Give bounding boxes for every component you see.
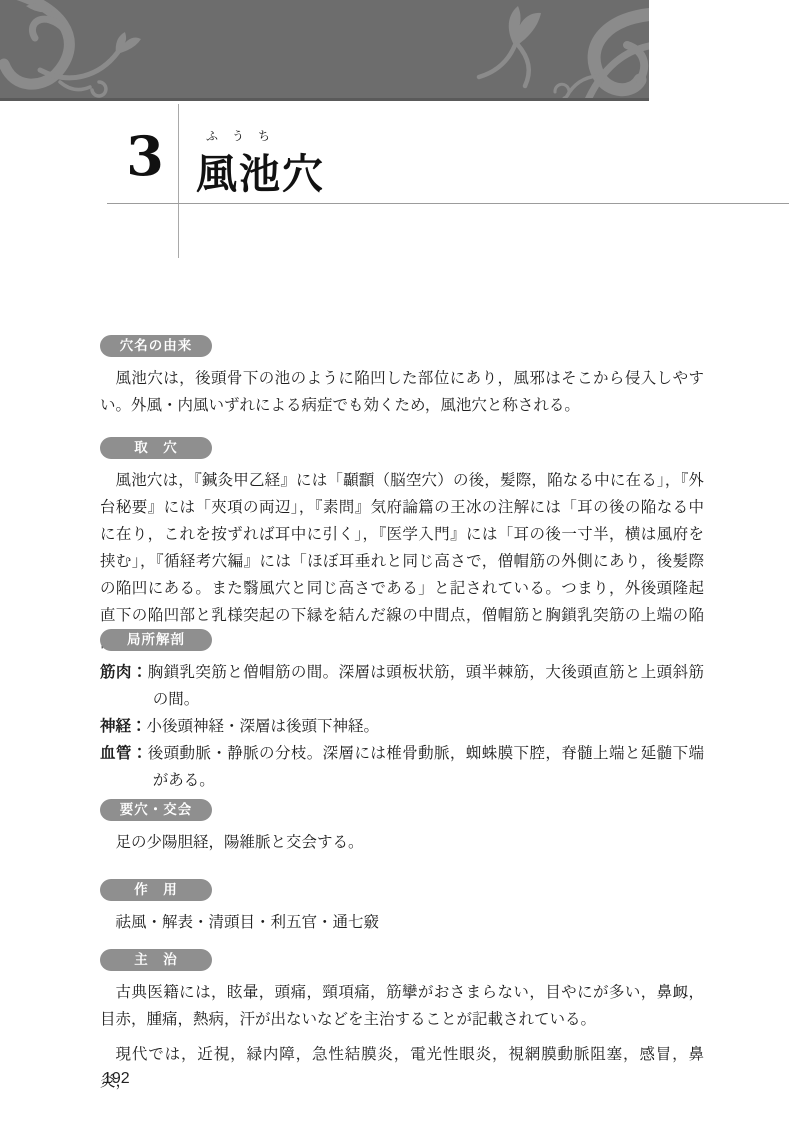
anatomy-text: 胸鎖乳突筋と僧帽筋の間。深層は頭板状筋，頭半棘筋，大後頭直筋と上頭斜筋の間。 (148, 663, 704, 708)
section-local-anatomy: 局所解剖 筋肉：胸鎖乳突筋と僧帽筋の間。深層は頭板状筋，頭半棘筋，大後頭直筋と上… (100, 629, 704, 794)
section-key-point-crossing: 要穴・交会 足の少陽胆経，陽維脈と交会する。 (100, 799, 704, 856)
page-title: 風池穴 (196, 141, 325, 200)
section-badge: 穴名の由来 (100, 335, 212, 357)
section-action: 作 用 祛風・解表・清頭目・利五官・通七竅 (100, 879, 704, 936)
section-badge: 要穴・交会 (100, 799, 212, 821)
anatomy-term: 筋肉： (100, 663, 148, 681)
anatomy-entry: 神経：小後頭神経・深層は後頭下神経。 (100, 713, 704, 740)
section-point-location: 取 穴 風池穴は，『鍼灸甲乙経』には「顳顬（脳空穴）の後，髪際，陥なる中に在る」… (100, 437, 704, 656)
body-paragraph: 祛風・解表・清頭目・利五官・通七竅 (100, 909, 704, 936)
anatomy-entries: 筋肉：胸鎖乳突筋と僧帽筋の間。深層は頭板状筋，頭半棘筋，大後頭直筋と上頭斜筋の間… (100, 659, 704, 794)
section-badge: 取 穴 (100, 437, 212, 459)
body-paragraph: 風池穴は，『鍼灸甲乙経』には「顳顬（脳空穴）の後，髪際，陥なる中に在る」，『外台… (100, 467, 704, 656)
body-paragraph: 現代では，近視，緑内障，急性結膜炎，電光性眼炎，視網膜動脈阻塞，感冒，鼻炎， (100, 1041, 704, 1095)
anatomy-entry: 血管：後頭動脈・静脈の分枝。深層には椎骨動脈，蜘蛛膜下腔，脊髄上端と延髄下端があ… (100, 740, 704, 794)
anatomy-term: 神経： (100, 717, 147, 735)
section-name-origin: 穴名の由来 風池穴は，後頭骨下の池のように陥凹した部位にあり，風邪はそこから侵入… (100, 335, 704, 419)
anatomy-entry: 筋肉：胸鎖乳突筋と僧帽筋の間。深層は頭板状筋，頭半棘筋，大後頭直筋と上頭斜筋の間… (100, 659, 704, 713)
chapter-number: 3 (116, 124, 174, 188)
floral-flourish-left-icon (0, 0, 160, 98)
anatomy-term: 血管： (100, 744, 148, 762)
body-paragraph: 足の少陽胆経，陽維脈と交会する。 (100, 829, 704, 856)
horizontal-divider (107, 203, 789, 204)
vertical-divider (178, 104, 179, 258)
body-paragraph: 古典医籍には，眩暈，頭痛，頸項痛，筋攣がおさまらない，目やにが多い，鼻衂，目赤，… (100, 979, 704, 1033)
section-badge: 作 用 (100, 879, 212, 901)
floral-flourish-right-icon (459, 0, 649, 98)
page-number: 192 (103, 1070, 130, 1088)
anatomy-text: 小後頭神経・深層は後頭下神経。 (147, 717, 380, 735)
section-badge: 主 治 (100, 949, 212, 971)
section-indications: 主 治 古典医籍には，眩暈，頭痛，頸項痛，筋攣がおさまらない，目やにが多い，鼻衂… (100, 949, 704, 1095)
header-band (0, 0, 649, 101)
anatomy-text: 後頭動脈・静脈の分枝。深層には椎骨動脈，蜘蛛膜下腔，脊髄上端と延髄下端がある。 (148, 744, 704, 789)
section-badge: 局所解剖 (100, 629, 212, 651)
body-paragraph: 風池穴は，後頭骨下の池のように陥凹した部位にあり，風邪はそこから侵入しやすい。外… (100, 365, 704, 419)
